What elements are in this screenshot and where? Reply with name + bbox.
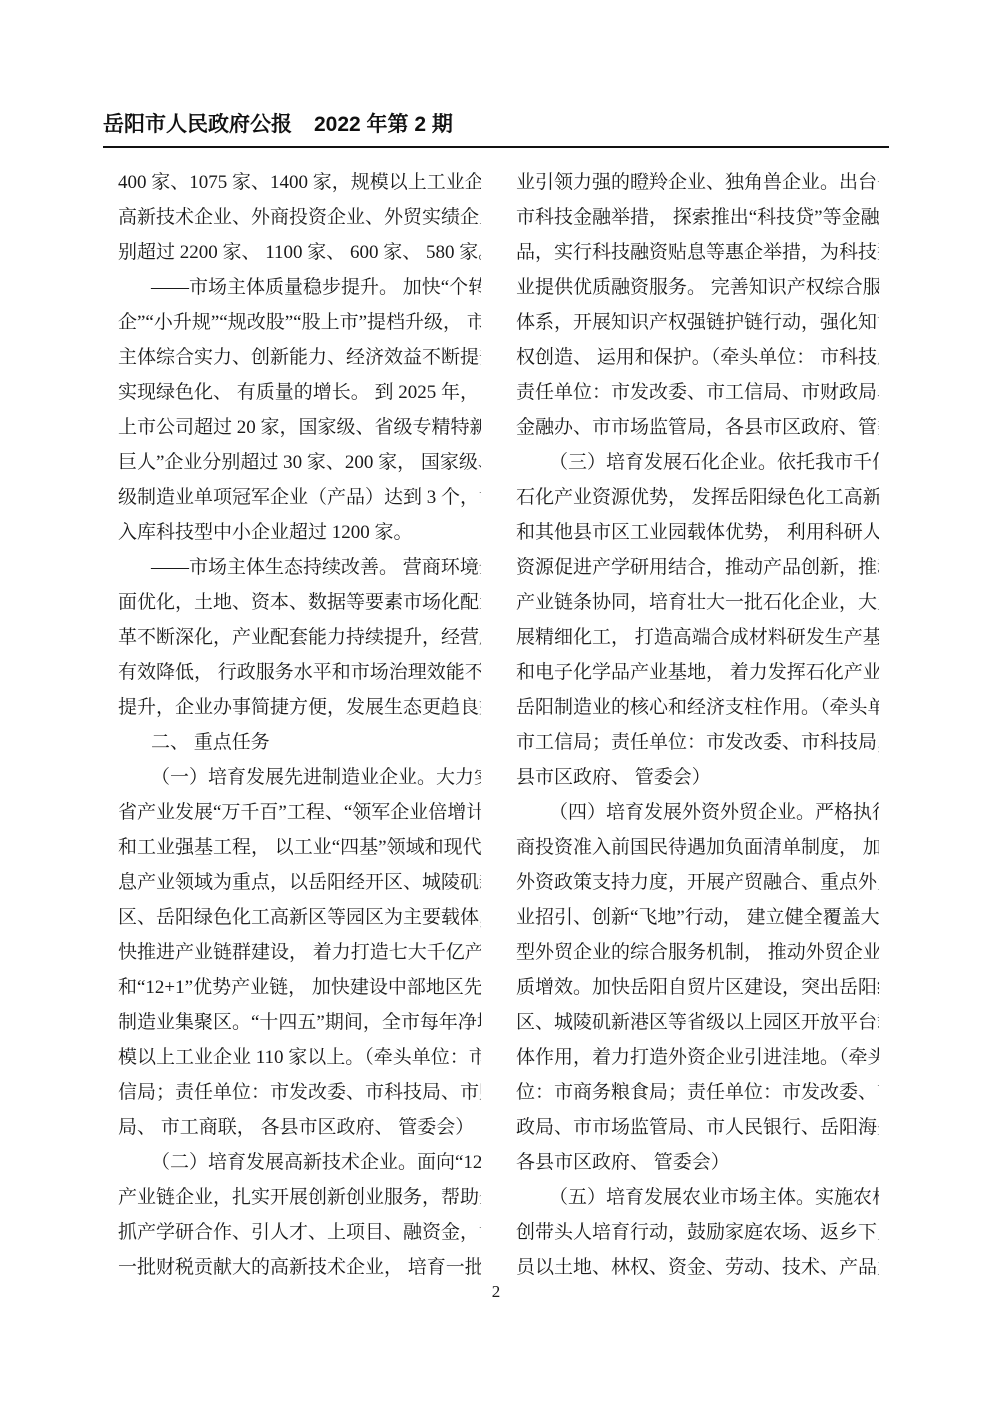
text-line: 革不断深化，产业配套能力持续提升，经营成本 bbox=[118, 620, 481, 655]
text-line: 展精细化工， 打造高端合成材料研发生产基地 bbox=[516, 620, 879, 655]
gazette-page: 岳阳市人民政府公报2022 年第 2 期 400 家、1075 家、1400 家… bbox=[0, 0, 992, 1403]
text-line: （一）培育发展先进制造业企业。大力实施 bbox=[118, 760, 481, 795]
text-line: 区、岳阳绿色化工高新区等园区为主要载体，加 bbox=[118, 900, 481, 935]
text-columns: 400 家、1075 家、1400 家，规模以上工业企业、高新技术企业、外商投资… bbox=[118, 165, 879, 1285]
text-line: ——市场主体质量稳步提升。 加快“个转 bbox=[118, 270, 481, 305]
text-line: 级制造业单项冠军企业（产品）达到 3 个，评价 bbox=[118, 480, 481, 515]
text-line: 有效降低， 行政服务水平和市场治理效能不断 bbox=[118, 655, 481, 690]
text-line: 业招引、创新“飞地”行动， 建立健全覆盖大中小 bbox=[516, 900, 879, 935]
page-header: 岳阳市人民政府公报2022 年第 2 期 bbox=[103, 112, 992, 138]
text-line: 县市区政府、 管委会） bbox=[516, 760, 879, 795]
text-line: 提升，企业办事简捷方便，发展生态更趋良好。 bbox=[118, 690, 481, 725]
text-line: 和其他县市区工业园载体优势， 利用科研人才 bbox=[516, 515, 879, 550]
text-line: 息产业领域为重点，以岳阳经开区、城陵矶新港 bbox=[118, 865, 481, 900]
text-line: 产业链企业，扎实开展创新创业服务，帮助企业 bbox=[118, 1180, 481, 1215]
text-line: （五）培育发展农业市场主体。实施农村双 bbox=[516, 1180, 879, 1215]
text-line: 金融办、市市场监管局，各县市区政府、管委会） bbox=[516, 410, 879, 445]
text-line: 外资政策支持力度，开展产贸融合、重点外贸企 bbox=[516, 865, 879, 900]
text-line: 二、 重点任务 bbox=[118, 725, 481, 760]
page-number: 2 bbox=[0, 1280, 992, 1304]
right-column: 业引领力强的瞪羚企业、独角兽企业。出台岳阳市科技金融举措， 探索推出“科技贷”等… bbox=[516, 165, 879, 1285]
text-line: 实现绿色化、 有质量的增长。 到 2025 年， 全市 bbox=[118, 375, 481, 410]
text-line: 业提供优质融资服务。 完善知识产权综合服务 bbox=[516, 270, 879, 305]
text-line: 各县市区政府、 管委会） bbox=[516, 1145, 879, 1180]
text-line: 制造业集聚区。“十四五”期间，全市每年净增规 bbox=[118, 1005, 481, 1040]
text-line: 和工业强基工程， 以工业“四基”领域和现代信 bbox=[118, 830, 481, 865]
gazette-title: 岳阳市人民政府公报 bbox=[103, 113, 292, 136]
text-line: 品，实行科技融资贴息等惠企举措，为科技型企 bbox=[516, 235, 879, 270]
text-line: 和电子化学品产业基地， 着力发挥石化产业在 bbox=[516, 655, 879, 690]
text-line: 快推进产业链群建设， 着力打造七大千亿产业 bbox=[118, 935, 481, 970]
text-line: 局、 市工商联， 各县市区政府、 管委会） bbox=[118, 1110, 481, 1145]
text-line: 市科技金融举措， 探索推出“科技贷”等金融产 bbox=[516, 200, 879, 235]
text-line: 主体综合实力、创新能力、经济效益不断提升， bbox=[118, 340, 481, 375]
text-line: 商投资准入前国民待遇加负面清单制度， 加大 bbox=[516, 830, 879, 865]
text-line: 体系，开展知识产权强链护链行动，强化知识产 bbox=[516, 305, 879, 340]
text-line: 政局、市市场监管局、市人民银行、岳阳海关， bbox=[516, 1110, 879, 1145]
text-line: 和“12+1”优势产业链， 加快建设中部地区先进 bbox=[118, 970, 481, 1005]
text-line: 创带头人培育行动，鼓励家庭农场、返乡下乡人 bbox=[516, 1215, 879, 1250]
text-line: 巨人”企业分别超过 30 家、200 家， 国家级、 省 bbox=[118, 445, 481, 480]
text-line: （三）培育发展石化企业。依托我市千亿级 bbox=[516, 445, 879, 480]
text-line: 信局；责任单位：市发改委、市科技局、市财政 bbox=[118, 1075, 481, 1110]
text-line: （二）培育发展高新技术企业。面向“12+1” bbox=[118, 1145, 481, 1180]
header-rule bbox=[103, 146, 889, 148]
text-line: 400 家、1075 家、1400 家，规模以上工业企业、 bbox=[118, 165, 481, 200]
text-line: 省产业发展“万千百”工程、“领军企业倍增计划” bbox=[118, 795, 481, 830]
text-line: 高新技术企业、外商投资企业、外贸实绩企业分 bbox=[118, 200, 481, 235]
text-line: 市工信局；责任单位：市发改委、市科技局，各 bbox=[516, 725, 879, 760]
text-line: ——市场主体生态持续改善。 营商环境全 bbox=[118, 550, 481, 585]
text-line: 产业链条协同，培育壮大一批石化企业，大力发 bbox=[516, 585, 879, 620]
issue-label: 2022 年第 2 期 bbox=[314, 113, 453, 136]
text-line: 石化产业资源优势， 发挥岳阳绿色化工高新区 bbox=[516, 480, 879, 515]
left-column: 400 家、1075 家、1400 家，规模以上工业企业、高新技术企业、外商投资… bbox=[118, 165, 481, 1285]
text-line: 业引领力强的瞪羚企业、独角兽企业。出台岳阳 bbox=[516, 165, 879, 200]
text-line: 型外贸企业的综合服务机制， 推动外贸企业提 bbox=[516, 935, 879, 970]
text-line: 企”“小升规”“规改股”“股上市”提档升级， 市场 bbox=[118, 305, 481, 340]
text-line: 位：市商务粮食局；责任单位：市发改委、市财 bbox=[516, 1075, 879, 1110]
text-line: 岳阳制造业的核心和经济支柱作用。（牵头单位： bbox=[516, 690, 879, 725]
text-line: （四）培育发展外资外贸企业。严格执行外 bbox=[516, 795, 879, 830]
text-line: 模以上工业企业 110 家以上。（牵头单位：市工 bbox=[118, 1040, 481, 1075]
text-line: 区、城陵矶新港区等省级以上园区开放平台载 bbox=[516, 1005, 879, 1040]
text-line: 抓产学研合作、引人才、上项目、融资金，认定 bbox=[118, 1215, 481, 1250]
text-line: 体作用，着力打造外资企业引进洼地。（牵头单 bbox=[516, 1040, 879, 1075]
text-line: 入库科技型中小企业超过 1200 家。 bbox=[118, 515, 481, 550]
text-line: 面优化，土地、资本、数据等要素市场化配置改 bbox=[118, 585, 481, 620]
text-line: 权创造、 运用和保护。（牵头单位： 市科技局； bbox=[516, 340, 879, 375]
text-line: 资源促进产学研用结合，推动产品创新，推动全 bbox=[516, 550, 879, 585]
text-line: 质增效。加快岳阳自贸片区建设，突出岳阳经开 bbox=[516, 970, 879, 1005]
text-line: 别超过 2200 家、 1100 家、 600 家、 580 家。 bbox=[118, 235, 481, 270]
text-line: 上市公司超过 20 家，国家级、省级专精特新“小 bbox=[118, 410, 481, 445]
text-line: 责任单位：市发改委、市工信局、市财政局、市 bbox=[516, 375, 879, 410]
